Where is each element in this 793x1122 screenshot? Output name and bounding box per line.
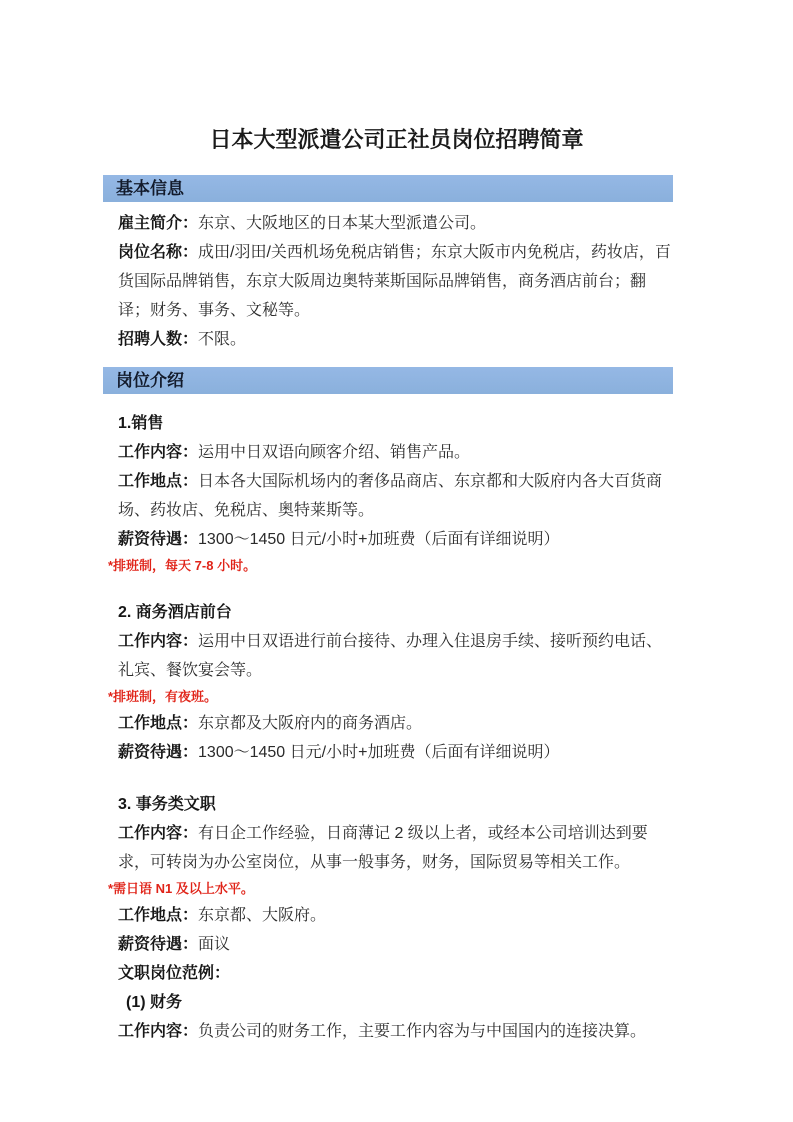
document-content: 基本信息 雇主简介：东京、大阪地区的日本某大型派遣公司。 岗位名称：成田/羽田/…	[0, 175, 793, 1046]
employer-label: 雇主简介：	[118, 215, 198, 232]
job3-example1-content-value: 负责公司的财务工作，主要工作内容为与中国国内的连接决算。	[198, 1023, 646, 1040]
headcount-label: 招聘人数：	[118, 331, 198, 348]
job1-content-row: 工作内容：运用中日双语向顾客介绍、销售产品。	[103, 438, 673, 467]
document-page: 日本大型派遣公司正社员岗位招聘简章 基本信息 雇主简介：东京、大阪地区的日本某大…	[0, 0, 793, 1122]
job2-title: 2. 商务酒店前台	[103, 598, 673, 627]
job2-salary-label: 薪资待遇：	[118, 744, 198, 761]
job2-salary-value: 1300～1450 日元/小时+加班费（后面有详细说明）	[198, 744, 559, 761]
job3-location-label: 工作地点：	[118, 907, 198, 924]
headcount-row: 招聘人数：不限。	[103, 325, 673, 354]
job2-content-label: 工作内容：	[118, 633, 198, 650]
job3-location-row: 工作地点：东京都、大阪府。	[103, 901, 673, 930]
job-block-sales: 1.销售 工作内容：运用中日双语向顾客介绍、销售产品。 工作地点：日本各大国际机…	[103, 409, 673, 575]
job2-note: *排班制，有夜班。	[103, 687, 673, 706]
job2-content-value: 运用中日双语进行前台接待、办理入住退房手续、接听预约电话、礼宾、餐饮宴会等。	[118, 633, 662, 679]
section-header-basic-info: 基本信息	[103, 175, 673, 202]
job1-location-label: 工作地点：	[118, 473, 198, 490]
job3-location-value: 东京都、大阪府。	[198, 907, 326, 924]
job3-content-row: 工作内容：有日企工作经验，日商薄记 2 级以上者，或经本公司培训达到要求，可转岗…	[103, 819, 673, 877]
job1-salary-value: 1300～1450 日元/小时+加班费（后面有详细说明）	[198, 531, 559, 548]
employer-value: 东京、大阪地区的日本某大型派遣公司。	[198, 215, 486, 232]
job3-content-label: 工作内容：	[118, 825, 198, 842]
job3-example1-content-row: 工作内容：负责公司的财务工作，主要工作内容为与中国国内的连接决算。	[103, 1017, 673, 1046]
job3-note: *需日语 N1 及以上水平。	[103, 879, 673, 898]
job1-salary-row: 薪资待遇：1300～1450 日元/小时+加班费（后面有详细说明）	[103, 525, 673, 554]
job2-location-value: 东京都及大阪府内的商务酒店。	[198, 715, 422, 732]
job1-salary-label: 薪资待遇：	[118, 531, 198, 548]
job-block-hotel-front-desk: 2. 商务酒店前台 工作内容：运用中日双语进行前台接待、办理入住退房手续、接听预…	[103, 598, 673, 767]
job1-content-label: 工作内容：	[118, 444, 198, 461]
job3-example1-content-label: 工作内容：	[118, 1023, 198, 1040]
job-names-label: 岗位名称：	[118, 244, 198, 261]
headcount-value: 不限。	[198, 331, 246, 348]
job3-content-value: 有日企工作经验，日商薄记 2 级以上者，或经本公司培训达到要求，可转岗为办公室岗…	[118, 825, 648, 871]
job-names-row: 岗位名称：成田/羽田/关西机场免税店销售；东京大阪市内免税店，药妆店，百货国际品…	[103, 238, 673, 325]
job3-salary-value: 面议	[198, 936, 230, 953]
section-basic-info: 雇主简介：东京、大阪地区的日本某大型派遣公司。 岗位名称：成田/羽田/关西机场免…	[103, 202, 673, 354]
section-job-intro: 1.销售 工作内容：运用中日双语向顾客介绍、销售产品。 工作地点：日本各大国际机…	[103, 394, 673, 1046]
job1-title: 1.销售	[103, 409, 673, 438]
job3-title: 3. 事务类文职	[103, 790, 673, 819]
job-block-office-clerical: 3. 事务类文职 工作内容：有日企工作经验，日商薄记 2 级以上者，或经本公司培…	[103, 790, 673, 1046]
job-names-value: 成田/羽田/关西机场免税店销售；东京大阪市内免税店，药妆店，百货国际品牌销售，东…	[118, 244, 671, 319]
job2-content-row: 工作内容：运用中日双语进行前台接待、办理入住退房手续、接听预约电话、礼宾、餐饮宴…	[103, 627, 673, 685]
job3-salary-label: 薪资待遇：	[118, 936, 198, 953]
job1-location-value: 日本各大国际机场内的奢侈品商店、东京都和大阪府内各大百货商场、药妆店、免税店、奥…	[118, 473, 662, 519]
job1-content-value: 运用中日双语向顾客介绍、销售产品。	[198, 444, 470, 461]
job3-salary-row: 薪资待遇：面议	[103, 930, 673, 959]
section-header-job-intro: 岗位介绍	[103, 367, 673, 394]
page-title: 日本大型派遣公司正社员岗位招聘简章	[0, 0, 793, 156]
job2-salary-row: 薪资待遇：1300～1450 日元/小时+加班费（后面有详细说明）	[103, 738, 673, 767]
job2-location-row: 工作地点：东京都及大阪府内的商务酒店。	[103, 709, 673, 738]
job1-note: *排班制，每天 7-8 小时。	[103, 556, 673, 575]
job3-example1-title: (1) 财务	[103, 988, 673, 1017]
job3-examples-label: 文职岗位范例：	[103, 959, 673, 988]
job1-location-row: 工作地点：日本各大国际机场内的奢侈品商店、东京都和大阪府内各大百货商场、药妆店、…	[103, 467, 673, 525]
employer-row: 雇主简介：东京、大阪地区的日本某大型派遣公司。	[103, 209, 673, 238]
job2-location-label: 工作地点：	[118, 715, 198, 732]
